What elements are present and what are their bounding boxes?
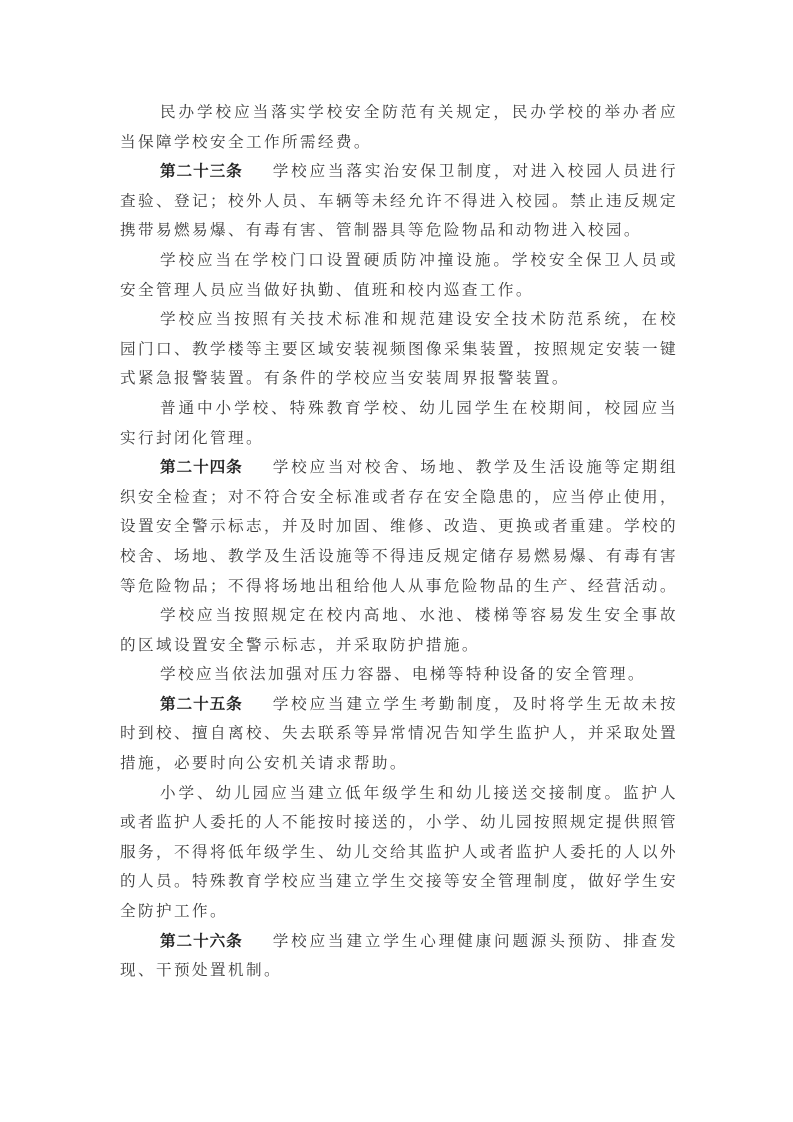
paragraph: 小学、幼儿园应当建立低年级学生和幼儿接送交接制度。监护人或者监护人委托的人不能按… xyxy=(120,779,678,927)
article-26-paragraph: 第二十六条学校应当建立学生心理健康问题源头预防、排查发现、干预处置机制。 xyxy=(120,927,678,986)
paragraph: 学校应当依法加强对压力容器、电梯等特种设备的安全管理。 xyxy=(120,660,678,690)
paragraph-text: 普通中小学校、特殊教育学校、幼儿园学生在校期间，校园应当实行封闭化管理。 xyxy=(120,399,678,447)
article-24-paragraph: 第二十四条学校应当对校舍、场地、教学及生活设施等定期组织安全检查；对不符合安全标… xyxy=(120,453,678,601)
paragraph-text: 学校应当按照有关技术标准和规范建设安全技术防范系统，在校园门口、教学楼等主要区域… xyxy=(120,310,678,387)
paragraph-text: 学校应当按照规定在校内高地、水池、楼梯等容易发生安全事故的区域设置安全警示标志，… xyxy=(120,606,678,654)
document-page: 民办学校应当落实学校安全防范有关规定，民办学校的举办者应当保障学校安全工作所需经… xyxy=(120,98,678,986)
paragraph: 民办学校应当落实学校安全防范有关规定，民办学校的举办者应当保障学校安全工作所需经… xyxy=(120,98,678,157)
paragraph-text: 学校应当依法加强对压力容器、电梯等特种设备的安全管理。 xyxy=(160,665,646,683)
article-number: 第二十五条 xyxy=(160,695,243,713)
paragraph: 学校应当按照规定在校内高地、水池、楼梯等容易发生安全事故的区域设置安全警示标志，… xyxy=(120,601,678,660)
article-number: 第二十三条 xyxy=(160,162,243,180)
article-25-paragraph: 第二十五条学校应当建立学生考勤制度，及时将学生无故未按时到校、擅自离校、失去联系… xyxy=(120,690,678,779)
paragraph-text: 学校应当在学校门口设置硬质防冲撞设施。学校安全保卫人员或安全管理人员应当做好执勤… xyxy=(120,251,678,299)
paragraph: 普通中小学校、特殊教育学校、幼儿园学生在校期间，校园应当实行封闭化管理。 xyxy=(120,394,678,453)
paragraph: 学校应当在学校门口设置硬质防冲撞设施。学校安全保卫人员或安全管理人员应当做好执勤… xyxy=(120,246,678,305)
paragraph-text: 民办学校应当落实学校安全防范有关规定，民办学校的举办者应当保障学校安全工作所需经… xyxy=(120,103,678,151)
paragraph-text: 学校应当对校舍、场地、教学及生活设施等定期组织安全检查；对不符合安全标准或者存在… xyxy=(120,458,678,594)
paragraph-text: 小学、幼儿园应当建立低年级学生和幼儿接送交接制度。监护人或者监护人委托的人不能按… xyxy=(120,784,678,920)
paragraph: 学校应当按照有关技术标准和规范建设安全技术防范系统，在校园门口、教学楼等主要区域… xyxy=(120,305,678,394)
article-23-paragraph: 第二十三条学校应当落实治安保卫制度，对进入校园人员进行查验、登记；校外人员、车辆… xyxy=(120,157,678,246)
article-number: 第二十四条 xyxy=(160,458,243,476)
article-number: 第二十六条 xyxy=(160,932,243,950)
